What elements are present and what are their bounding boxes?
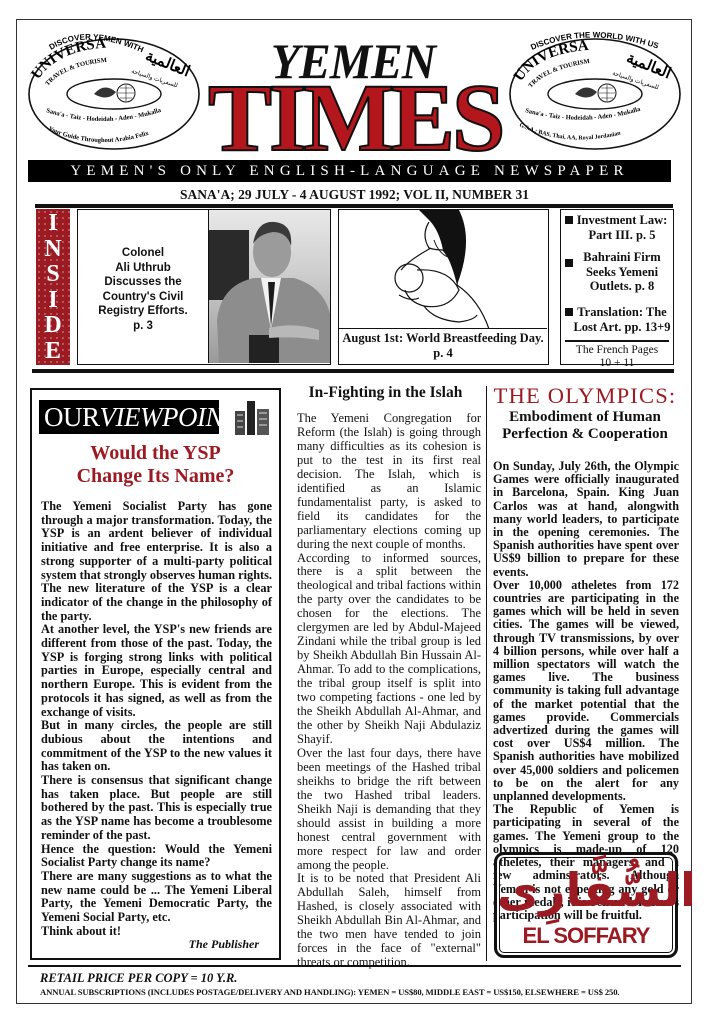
universal-logo-icon: DISCOVER YEMEN WITH US UNIVERSAL TRAVEL … — [26, 30, 202, 152]
universal-travel-ad-left[interactable]: DISCOVER YEMEN WITH US UNIVERSAL TRAVEL … — [26, 30, 202, 152]
svg-text:G.S.A.: BAS, Thai, AA, Royal J: G.S.A.: BAS, Thai, AA, Royal Jordanian — [518, 122, 622, 141]
svg-text:Your Guide Throughout Arabia F: Your Guide Throughout Arabia Felix — [47, 125, 150, 144]
column-divider — [486, 386, 487, 961]
building-icon — [231, 399, 271, 435]
dateline: SANA'A; 29 JULY - 4 AUGUST 1992; VOL II,… — [0, 187, 709, 203]
viewpoint-signature: The Publisher — [189, 937, 259, 952]
masthead-times: TIMES — [208, 74, 498, 162]
index-item-translation[interactable]: Translation: The Lost Art. pp. 13+9 — [561, 305, 671, 334]
tagline-band: YEMEN'S ONLY ENGLISH-LANGUAGE NEWSPAPER — [28, 160, 671, 182]
mother-child-icon — [339, 210, 547, 329]
breastfeeding-caption: August 1st: World Breastfeeding Day. p. … — [339, 331, 547, 361]
viewpoint-headline: Would the YSP Change Its Name? — [32, 442, 279, 488]
islah-body: The Yemeni Congregation for Reform (the … — [297, 412, 481, 970]
olympics-headline: THE OLYMPICS: — [490, 383, 680, 409]
soffary-arabic-logo: السُّفَّارِى — [497, 861, 675, 919]
inside-story-uthrub[interactable]: Colonel Ali Uthrub Discusses the Country… — [77, 209, 331, 365]
footer-rule — [28, 965, 681, 967]
index-item-french-pages[interactable]: The French Pages 10 + 11 — [565, 340, 669, 370]
inside-story-breastfeeding[interactable]: August 1st: World Breastfeeding Day. p. … — [338, 209, 549, 365]
divider-rule — [35, 204, 673, 208]
olympics-subheadline: Embodiment of Human Perfection & Coopera… — [490, 409, 680, 443]
viewpoint-header: OURVIEWPOINT — [39, 400, 219, 434]
subscription-rates: ANNUAL SUBSCRIPTIONS (INCLUDES POSTAGE/D… — [40, 987, 619, 997]
islah-headline: In-Fighting in the Islah — [288, 384, 483, 402]
el-soffary-ad[interactable]: السُّفَّارِى EL SOFFARY — [494, 852, 678, 958]
viewpoint-body: The Yemeni Socialist Party has gone thro… — [41, 500, 272, 939]
soffary-english-logo: EL SOFFARY — [497, 923, 675, 949]
square-bullet-icon — [565, 308, 573, 316]
universal-logo-icon: DISCOVER THE WORLD WITH US UNIVERSAL TRA… — [507, 30, 683, 152]
retail-price: RETAIL PRICE PER COPY = 10 Y.R. — [40, 971, 237, 986]
breastfeeding-illustration — [339, 210, 547, 329]
divider-rule — [32, 369, 674, 373]
our-viewpoint-editorial: OURVIEWPOINT Would the YSP Change Its Na… — [30, 388, 281, 960]
colonel-photo — [208, 210, 330, 363]
universal-travel-ad-right[interactable]: DISCOVER THE WORLD WITH US UNIVERSAL TRA… — [507, 30, 683, 152]
square-bullet-icon — [565, 216, 573, 224]
index-item-investment[interactable]: Investment Law: Part III. p. 5 — [561, 213, 671, 242]
man-portrait-icon — [209, 210, 330, 363]
inside-index-list: Investment Law: Part III. p. 5 Bahraini … — [560, 209, 674, 365]
square-bullet-icon — [565, 259, 573, 267]
story-teaser-text: Colonel Ali Uthrub Discusses the Country… — [78, 246, 208, 333]
inside-label: INSIDE — [36, 209, 70, 365]
index-item-bahraini[interactable]: Bahraini Firm Seeks Yemeni Outlets. p. 8 — [561, 250, 671, 294]
masthead: YEMEN TIMES — [208, 32, 498, 160]
